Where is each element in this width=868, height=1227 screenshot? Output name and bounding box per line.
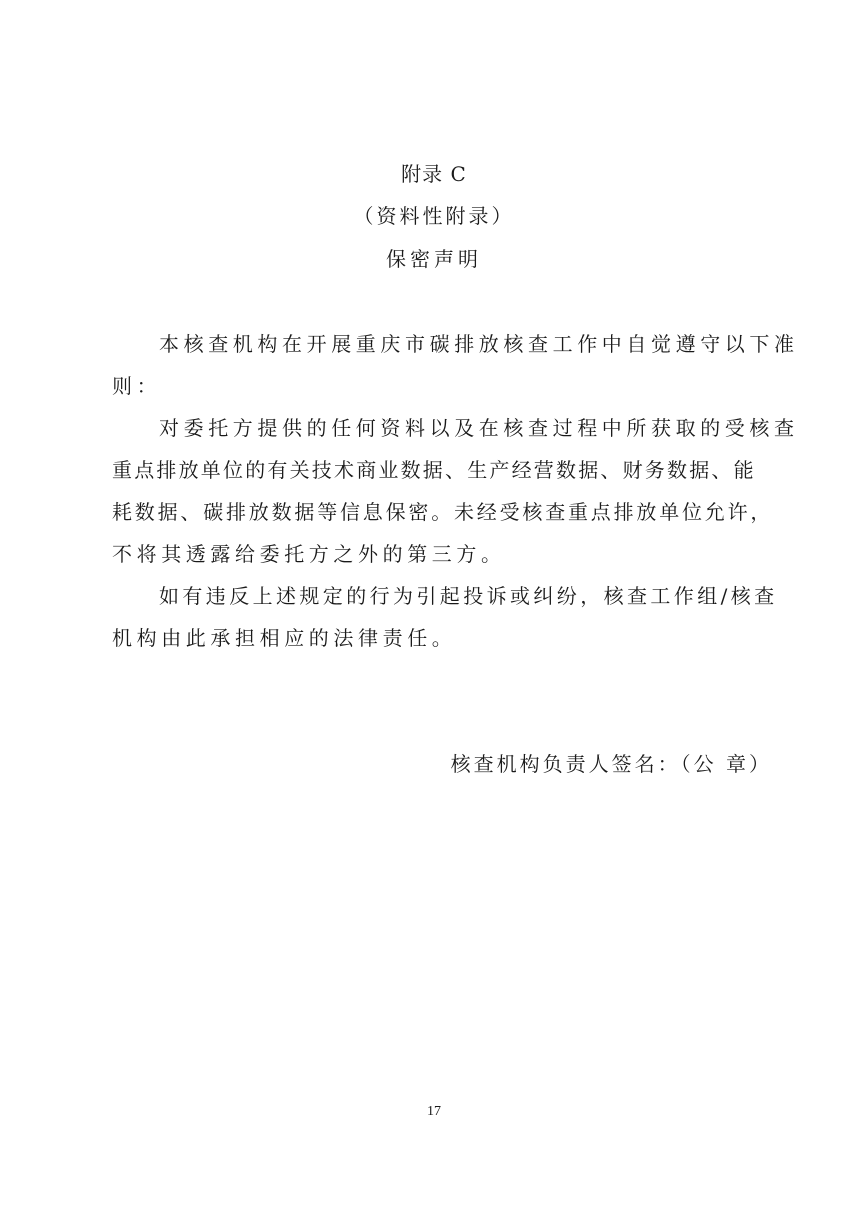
paragraph-3-line-2: 机构由此承担相应的法律责任。 (112, 626, 772, 650)
signature-line: 核查机构负责人签名：（公 章） (451, 752, 772, 776)
appendix-title: 附录 C (0, 162, 868, 186)
paragraph-2-line-4: 不将其透露给委托方之外的第三方。 (112, 542, 772, 566)
paragraph-1-line-2: 则： (112, 374, 772, 398)
paragraph-1-line-1: 本核查机构在开展重庆市碳排放核查工作中自觉遵守以下准 (159, 332, 772, 356)
appendix-type: （资料性附录） (0, 204, 868, 228)
paragraph-2-line-2: 重点排放单位的有关技术商业数据、生产经营数据、财务数据、能 (112, 458, 772, 482)
paragraph-2-line-1: 对委托方提供的任何资料以及在核查过程中所获取的受核查 (159, 416, 772, 440)
document-page: 附录 C （资料性附录） 保密声明 本核查机构在开展重庆市碳排放核查工作中自觉遵… (0, 0, 868, 1227)
paragraph-3-line-1: 如有违反上述规定的行为引起投诉或纠纷，核查工作组/核查 (159, 584, 772, 608)
paragraph-2-line-3: 耗数据、碳排放数据等信息保密。未经受核查重点排放单位允许， (112, 500, 772, 524)
document-title: 保密声明 (0, 247, 868, 271)
page-number: 17 (0, 1104, 868, 1120)
